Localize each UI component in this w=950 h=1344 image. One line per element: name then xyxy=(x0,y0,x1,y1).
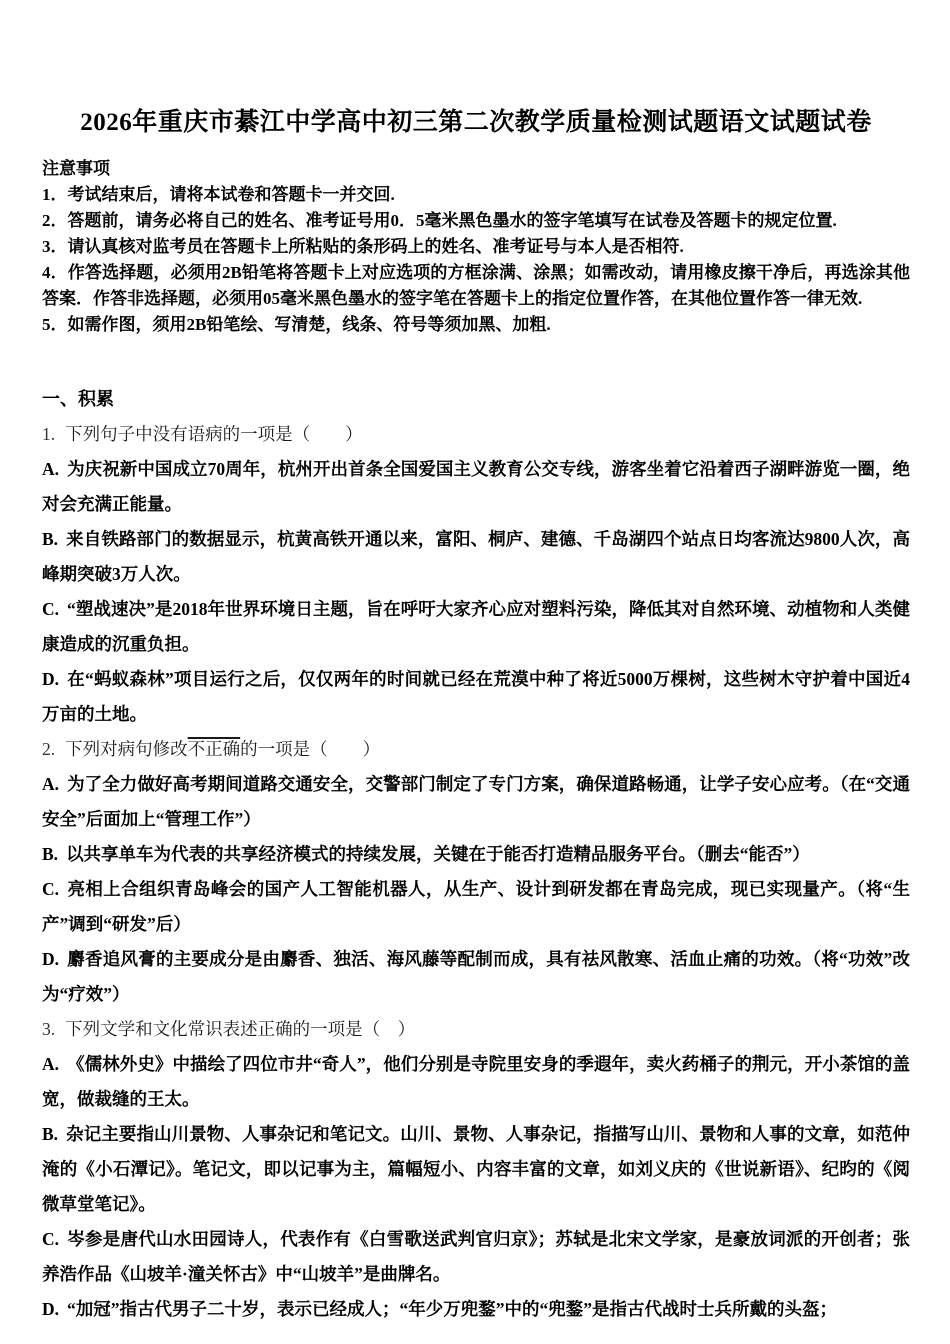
question-2: 2.下列对病句修改不正确的一项是（ ） A.为了全力做好高考期间道路交通安全，交… xyxy=(42,732,910,1012)
question-2-option-b: B.以共享单车为代表的共享经济模式的持续发展，关键在于能否打造精品服务平台。（删… xyxy=(42,837,910,872)
question-2-option-d-label: D. xyxy=(42,949,59,969)
question-2-stem-before: 下列对病句修改 xyxy=(65,739,188,759)
question-3-number: 3. xyxy=(42,1019,55,1039)
question-1-option-b-text: 来自铁路部门的数据显示，杭黄高铁开通以来，富阳、桐庐、建德、千岛湖四个站点日均客… xyxy=(42,529,910,584)
notice-item-3: 3．请认真核对监考员在答题卡上所粘贴的条形码上的姓名、准考证号与本人是否相符. xyxy=(42,234,910,260)
question-3-stem-before: 下列文学和文化常识表述正确的一项是（ ） xyxy=(65,1019,415,1039)
exam-paper-page: 2026年重庆市綦江中学高中初三第二次教学质量检测试题语文试题试卷 注意事项 1… xyxy=(0,0,950,1344)
question-2-option-c-label: C. xyxy=(42,879,59,899)
notice-item-1: 1．考试结束后，请将本试卷和答题卡一并交回. xyxy=(42,182,910,208)
question-1-option-a: A.为庆祝新中国成立70周年，杭州开出首条全国爱国主义教育公交专线，游客坐着它沿… xyxy=(42,452,910,522)
question-1: 1.下列句子中没有语病的一项是（ ） A.为庆祝新中国成立70周年，杭州开出首条… xyxy=(42,417,910,732)
notice-item-2: 2．答题前，请务必将自己的姓名、准考证号用0．5毫米黑色墨水的签字笔填写在试卷及… xyxy=(42,208,910,234)
notice-item-4: 4．作答选择题，必须用2B铅笔将答题卡上对应选项的方框涂满、涂黑；如需改动，请用… xyxy=(42,260,910,312)
question-1-option-c: C.“塑战速决”是2018年世界环境日主题，旨在呼吁大家齐心应对塑料污染，降低其… xyxy=(42,592,910,662)
question-2-stem: 2.下列对病句修改不正确的一项是（ ） xyxy=(42,732,910,767)
question-1-option-c-text: “塑战速决”是2018年世界环境日主题，旨在呼吁大家齐心应对塑料污染，降低其对自… xyxy=(42,599,910,654)
section-heading-accumulation: 一、积累 xyxy=(42,382,910,417)
question-3-option-b: B.杂记主要指山川景物、人事杂记和笔记文。山川、景物、人事杂记，指描写山川、景物… xyxy=(42,1117,910,1222)
question-2-option-d: D.麝香追风膏的主要成分是由麝香、独活、海风藤等配制而成，具有祛风散寒、活血止痛… xyxy=(42,942,910,1012)
question-3-option-c-label: C. xyxy=(42,1229,59,1249)
question-3-option-b-text: 杂记主要指山川景物、人事杂记和笔记文。山川、景物、人事杂记，指描写山川、景物和人… xyxy=(42,1124,910,1214)
question-3-option-d-label: D. xyxy=(42,1299,59,1319)
question-1-option-a-label: A. xyxy=(42,459,59,479)
question-1-option-b: B.来自铁路部门的数据显示，杭黄高铁开通以来，富阳、桐庐、建德、千岛湖四个站点日… xyxy=(42,522,910,592)
question-2-stem-emphasis: 不正确 xyxy=(188,739,241,759)
question-2-option-b-text: 以共享单车为代表的共享经济模式的持续发展，关键在于能否打造精品服务平台。（删去“… xyxy=(66,844,810,864)
question-1-number: 1. xyxy=(42,424,55,444)
question-3-stem: 3.下列文学和文化常识表述正确的一项是（ ） xyxy=(42,1012,910,1047)
notice-heading: 注意事项 xyxy=(42,156,910,182)
question-1-option-d: D.在“蚂蚁森林”项目运行之后，仅仅两年的时间就已经在荒漠中种了将近5000万棵… xyxy=(42,662,910,732)
question-3-option-a-label: A. xyxy=(42,1054,59,1074)
question-1-stem: 1.下列句子中没有语病的一项是（ ） xyxy=(42,417,910,452)
question-2-stem-after: 的一项是（ ） xyxy=(240,739,380,759)
question-3-option-d-text: “加冠”指古代男子二十岁，表示已经成人；“年少万兜鍪”中的“兜鍪”是指古代战时士… xyxy=(67,1299,837,1319)
question-3-option-a: A.《儒林外史》中描绘了四位市井“奇人”，他们分别是寺院里安身的季遐年，卖火药桶… xyxy=(42,1047,910,1117)
question-3-option-d: D.“加冠”指古代男子二十岁，表示已经成人；“年少万兜鍪”中的“兜鍪”是指古代战… xyxy=(42,1292,910,1327)
question-2-option-d-text: 麝香追风膏的主要成分是由麝香、独活、海风藤等配制而成，具有祛风散寒、活血止痛的功… xyxy=(42,949,910,1004)
question-1-option-d-text: 在“蚂蚁森林”项目运行之后，仅仅两年的时间就已经在荒漠中种了将近5000万棵树，… xyxy=(42,669,910,724)
question-2-number: 2. xyxy=(42,739,55,759)
question-3-option-c: C.岑参是唐代山水田园诗人，代表作有《白雪歌送武判官归京》；苏轼是北宋文学家，是… xyxy=(42,1222,910,1292)
question-3: 3.下列文学和文化常识表述正确的一项是（ ） A.《儒林外史》中描绘了四位市井“… xyxy=(42,1012,910,1327)
question-1-stem-before: 下列句子中没有语病的一项是（ ） xyxy=(65,424,363,444)
question-2-option-c-text: 亮相上合组织青岛峰会的国产人工智能机器人，从生产、设计到研发都在青岛完成，现已实… xyxy=(42,879,910,934)
question-1-option-c-label: C. xyxy=(42,599,59,619)
question-2-option-c: C.亮相上合组织青岛峰会的国产人工智能机器人，从生产、设计到研发都在青岛完成，现… xyxy=(42,872,910,942)
question-1-option-b-label: B. xyxy=(42,529,58,549)
question-2-option-b-label: B. xyxy=(42,844,58,864)
question-3-option-c-text: 岑参是唐代山水田园诗人，代表作有《白雪歌送武判官归京》；苏轼是北宋文学家，是豪放… xyxy=(42,1229,910,1284)
question-3-option-b-label: B. xyxy=(42,1124,58,1144)
question-1-option-a-text: 为庆祝新中国成立70周年，杭州开出首条全国爱国主义教育公交专线，游客坐着它沿着西… xyxy=(42,459,910,514)
question-1-option-d-label: D. xyxy=(42,669,59,689)
page-title: 2026年重庆市綦江中学高中初三第二次教学质量检测试题语文试题试卷 xyxy=(42,106,910,140)
question-3-option-a-text: 《儒林外史》中描绘了四位市井“奇人”，他们分别是寺院里安身的季遐年，卖火药桶子的… xyxy=(42,1054,910,1109)
question-2-option-a: A.为了全力做好高考期间道路交通安全，交警部门制定了专门方案，确保道路畅通，让学… xyxy=(42,767,910,837)
question-2-option-a-label: A. xyxy=(42,774,59,794)
notice-section: 注意事项 1．考试结束后，请将本试卷和答题卡一并交回. 2．答题前，请务必将自己… xyxy=(42,156,910,338)
notice-item-5: 5．如需作图，须用2B铅笔绘、写清楚，线条、符号等须加黑、加粗. xyxy=(42,312,910,338)
question-2-option-a-text: 为了全力做好高考期间道路交通安全，交警部门制定了专门方案，确保道路畅通，让学子安… xyxy=(42,774,910,829)
